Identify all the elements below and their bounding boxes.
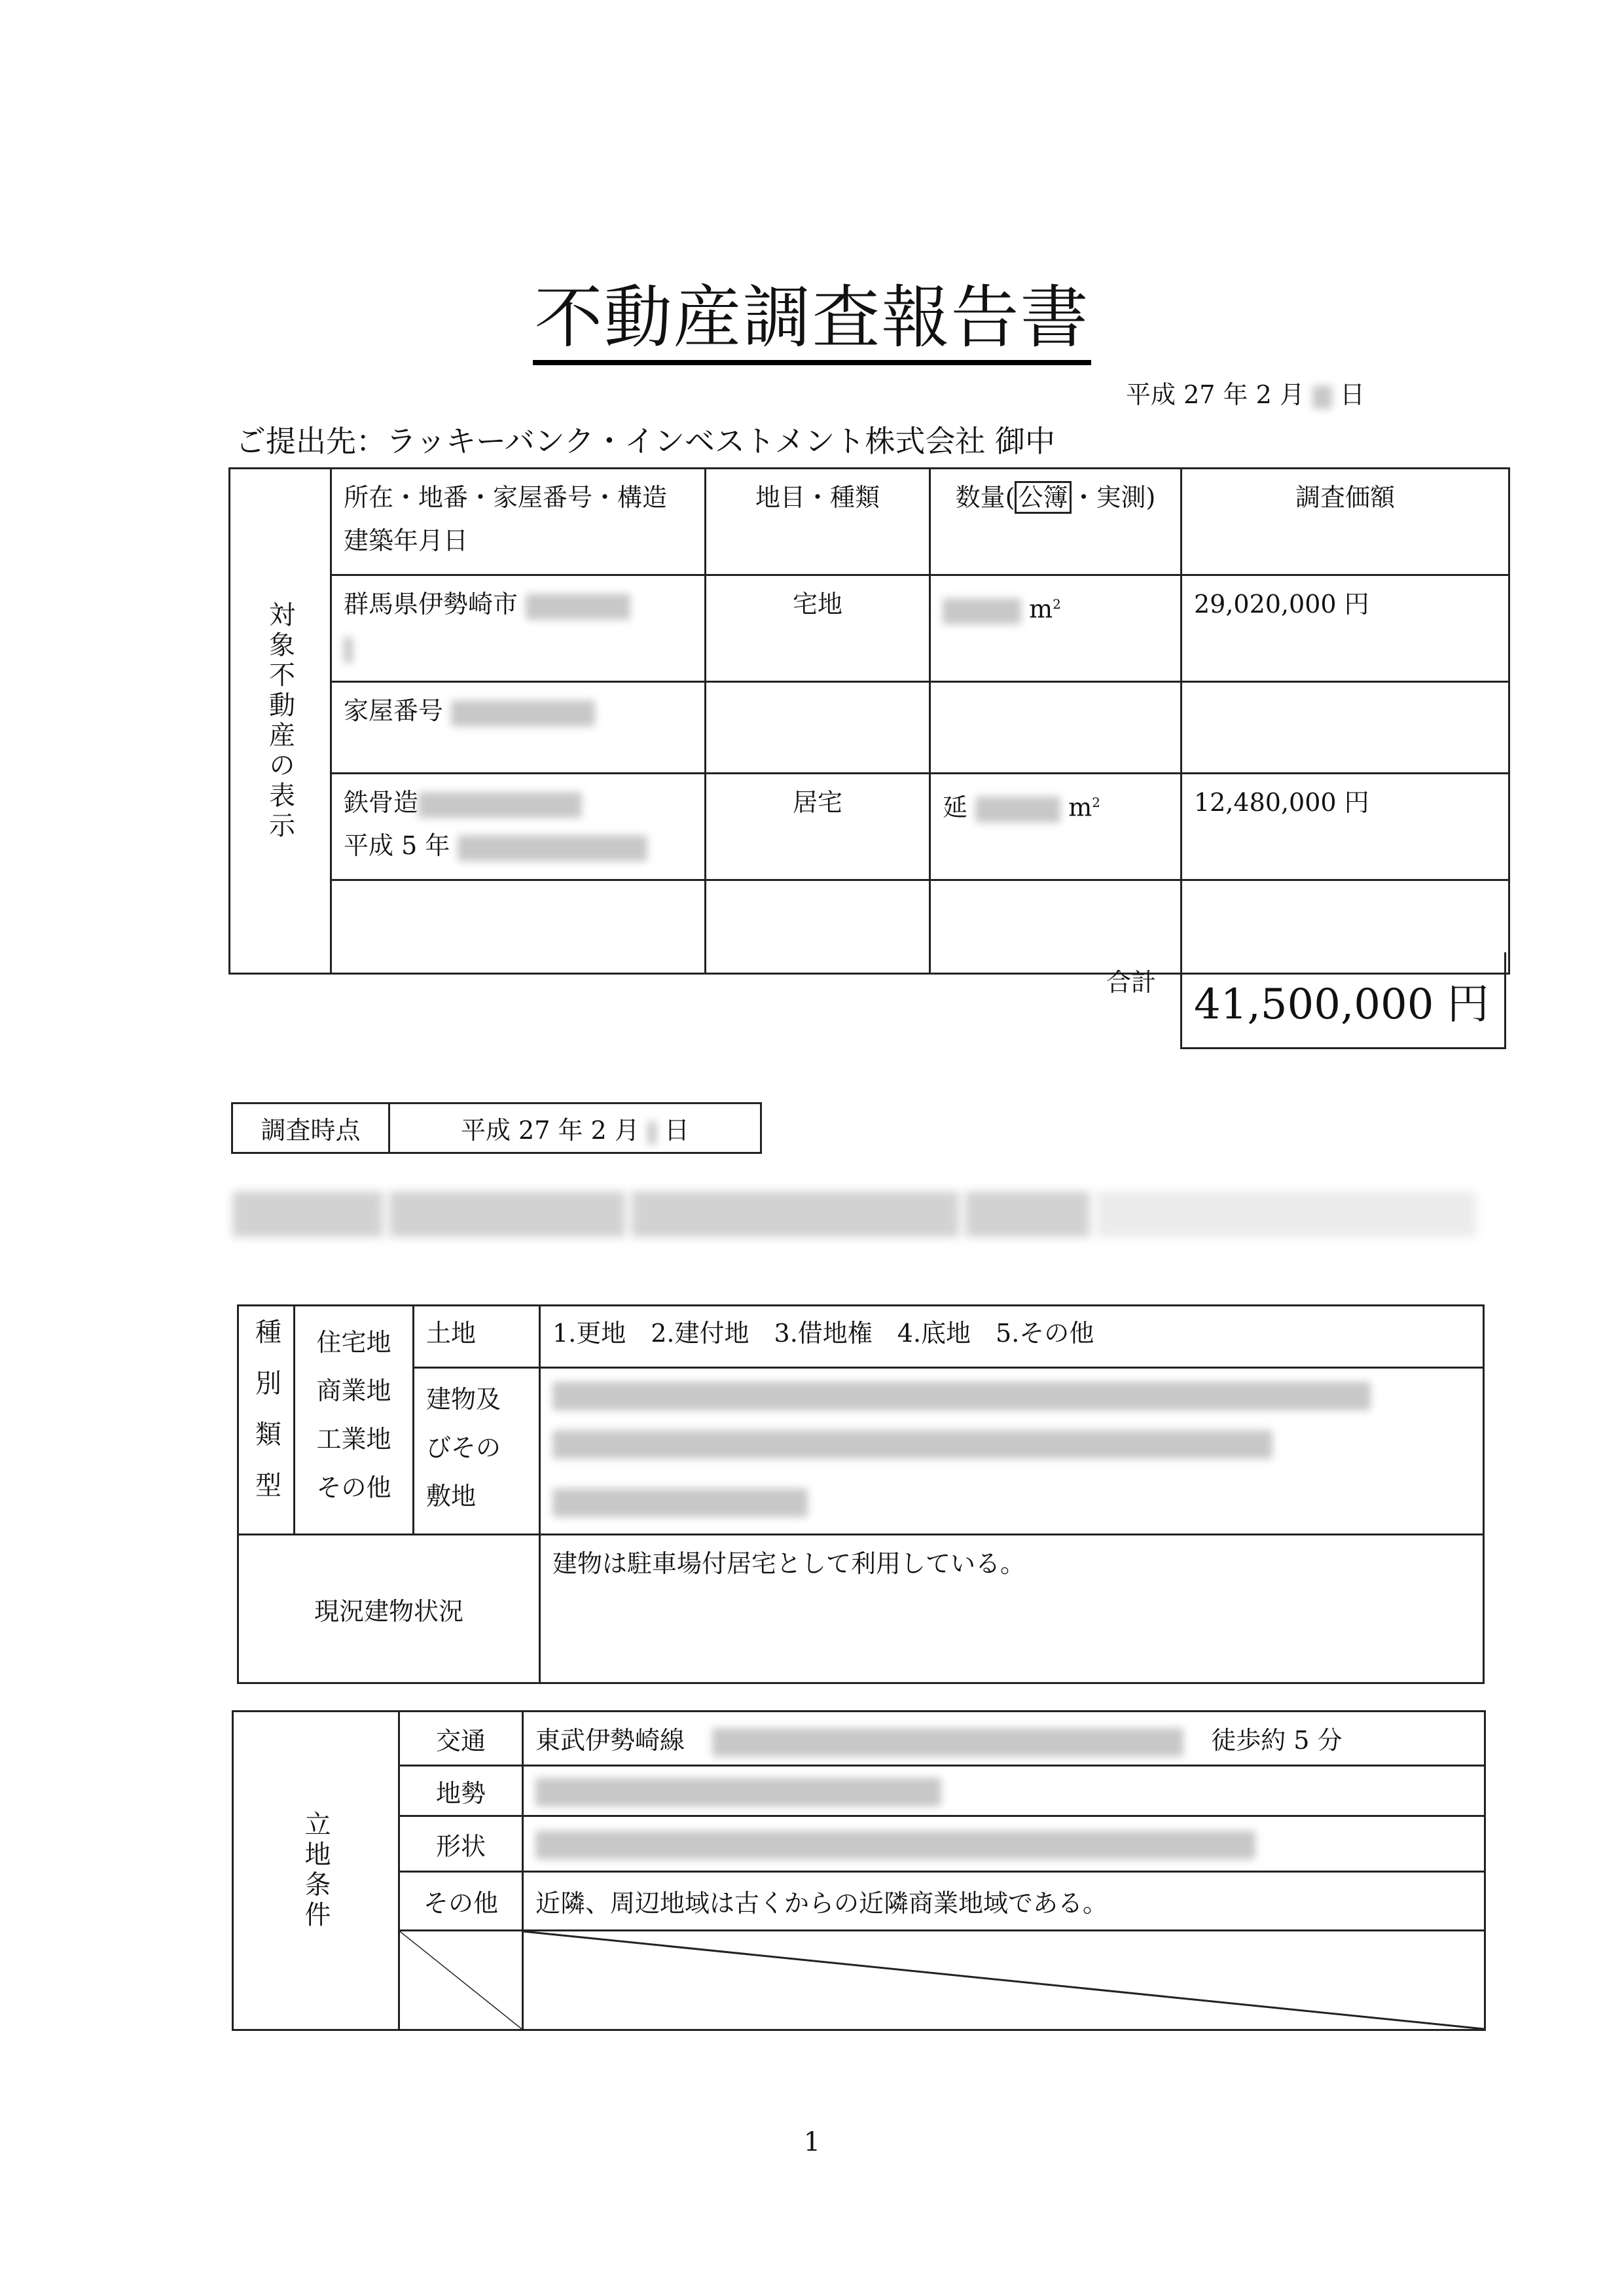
land-options: 1.更地 2.建付地 3.借地権 4.底地 5.その他 [540, 1306, 1484, 1368]
side-label-cell: 対象不動産の表示 [230, 469, 331, 974]
header-value: 調査価額 [1182, 469, 1509, 575]
table-row: 地勢 [233, 1766, 1485, 1816]
table-row: 形状 [233, 1816, 1485, 1872]
redacted-build-date [458, 835, 647, 861]
property-table: 対象不動産の表示 所在・地番・家屋番号・構造 建築年月日 地目・種類 数量(公簿… [228, 467, 1510, 975]
table-row: その他 近隣、周辺地域は古くからの近隣商業地域である。 [233, 1872, 1485, 1931]
redacted-day [1312, 386, 1332, 409]
zone-list: 住宅地 商業地 工業地 その他 [295, 1306, 414, 1535]
building-options-redacted [540, 1368, 1484, 1535]
table-row: 家屋番号 [230, 682, 1509, 774]
location-table: 立地条件 交通 東武伊勢崎線 徒歩約 5 分 地勢 形状 その他 近隣、周辺地域… [232, 1710, 1486, 2031]
table-row: 立地条件 交通 東武伊勢崎線 徒歩約 5 分 [233, 1712, 1485, 1766]
table-row [233, 1931, 1485, 2030]
status-label: 現況建物状況 [238, 1535, 540, 1683]
report-date: 平成 27 年 2 月 日 [1126, 374, 1365, 410]
document-title: 不動産調査報告書 [0, 275, 1624, 360]
redacted-house-number [451, 700, 595, 726]
type-table: 種別類型 住宅地 商業地 工業地 その他 土地 1.更地 2.建付地 3.借地権… [237, 1304, 1485, 1684]
redacted-station [712, 1728, 1183, 1757]
empty-diagonal-cell [523, 1931, 1485, 2030]
header-location: 所在・地番・家屋番号・構造 建築年月日 [331, 469, 706, 575]
type-side-label-cell: 種別類型 [238, 1306, 295, 1535]
redacted-shape [535, 1831, 1255, 1859]
survey-point-table: 調査時点 平成 27 年 2 月 日 [231, 1102, 762, 1154]
recipient: ご提出先：ラッキーバンク・インベストメント株式会社 御中 [236, 418, 1055, 461]
header-quantity: 数量(公簿・実測) [930, 469, 1182, 575]
status-text: 建物は駐車場付居宅として利用している。 [540, 1535, 1484, 1683]
table-row: 群馬県伊勢崎市 宅地 m2 29,020,000 円 [230, 575, 1509, 682]
table-row: 鉄骨造 平成 5 年 居宅 延 m2 12,480,000 円 [230, 774, 1509, 880]
diagonal-line-icon [524, 1931, 1484, 2029]
total-label: 合計 [1106, 962, 1156, 998]
header-category: 地目・種類 [706, 469, 930, 575]
redacted-floor-area [975, 797, 1060, 823]
redacted-structure [418, 792, 582, 818]
total-value: 41,500,000 円 [1180, 952, 1506, 1049]
land-label: 土地 [414, 1306, 540, 1368]
redacted-terrain [535, 1778, 941, 1806]
survey-point-label: 調査時点 [232, 1103, 389, 1153]
redacted-band [232, 1191, 1496, 1244]
location-side-label-cell: 立地条件 [233, 1712, 399, 2030]
redacted-address [526, 594, 630, 620]
diagonal-line-icon [400, 1931, 522, 2029]
side-label: 対象不動産の表示 [262, 601, 299, 842]
building-label: 建物及びその敷地 [414, 1368, 540, 1535]
survey-point-value: 平成 27 年 2 月 日 [389, 1103, 761, 1153]
empty-diagonal-cell [399, 1931, 523, 2030]
boxed-option-koubo: 公簿 [1015, 481, 1071, 514]
page-number: 1 [0, 2127, 1624, 2157]
redacted-area [943, 598, 1021, 624]
